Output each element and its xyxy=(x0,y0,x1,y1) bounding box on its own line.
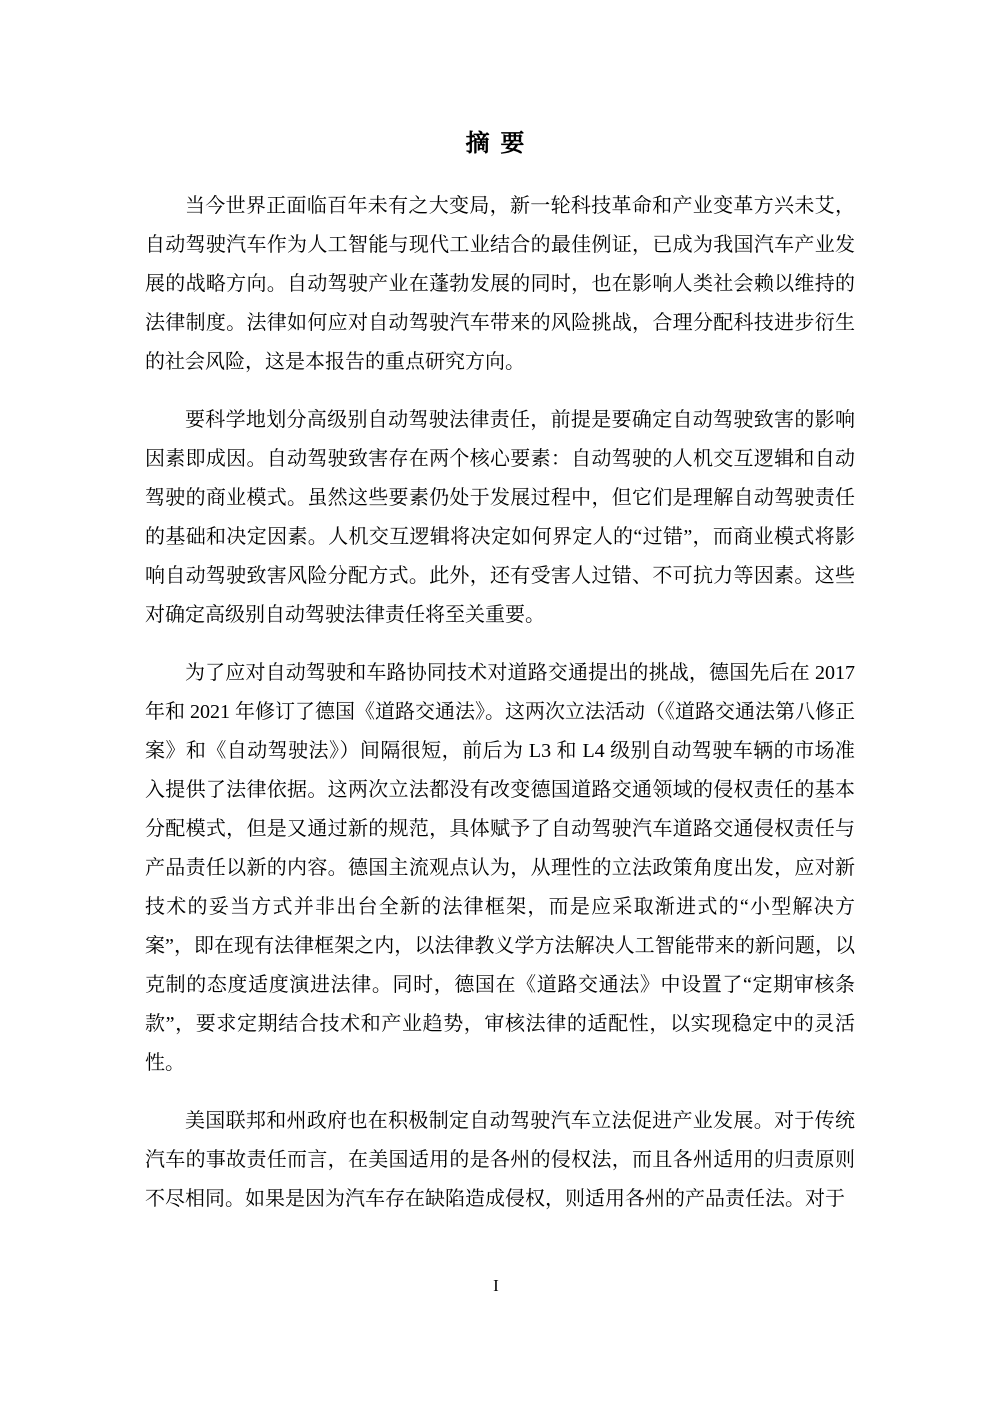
abstract-paragraph-4: 美国联邦和州政府也在积极制定自动驾驶汽车立法促进产业发展。对于传统汽车的事故责任… xyxy=(145,1102,855,1219)
abstract-body: 当今世界正面临百年未有之大变局，新一轮科技革命和产业变革方兴未艾，自动驾驶汽车作… xyxy=(145,187,855,1219)
page-title: 摘 要 xyxy=(0,0,992,157)
page-footer: I xyxy=(0,1276,992,1296)
abstract-paragraph-1: 当今世界正面临百年未有之大变局，新一轮科技革命和产业变革方兴未艾，自动驾驶汽车作… xyxy=(145,187,855,382)
page-number: I xyxy=(493,1276,499,1295)
abstract-paragraph-3: 为了应对自动驾驶和车路协同技术对道路交通提出的挑战，德国先后在 2017 年和 … xyxy=(145,654,855,1083)
abstract-page: 摘 要 当今世界正面临百年未有之大变局，新一轮科技革命和产业变革方兴未艾，自动驾… xyxy=(0,0,992,1403)
abstract-paragraph-2: 要科学地划分高级别自动驾驶法律责任，前提是要确定自动驾驶致害的影响因素即成因。自… xyxy=(145,401,855,635)
